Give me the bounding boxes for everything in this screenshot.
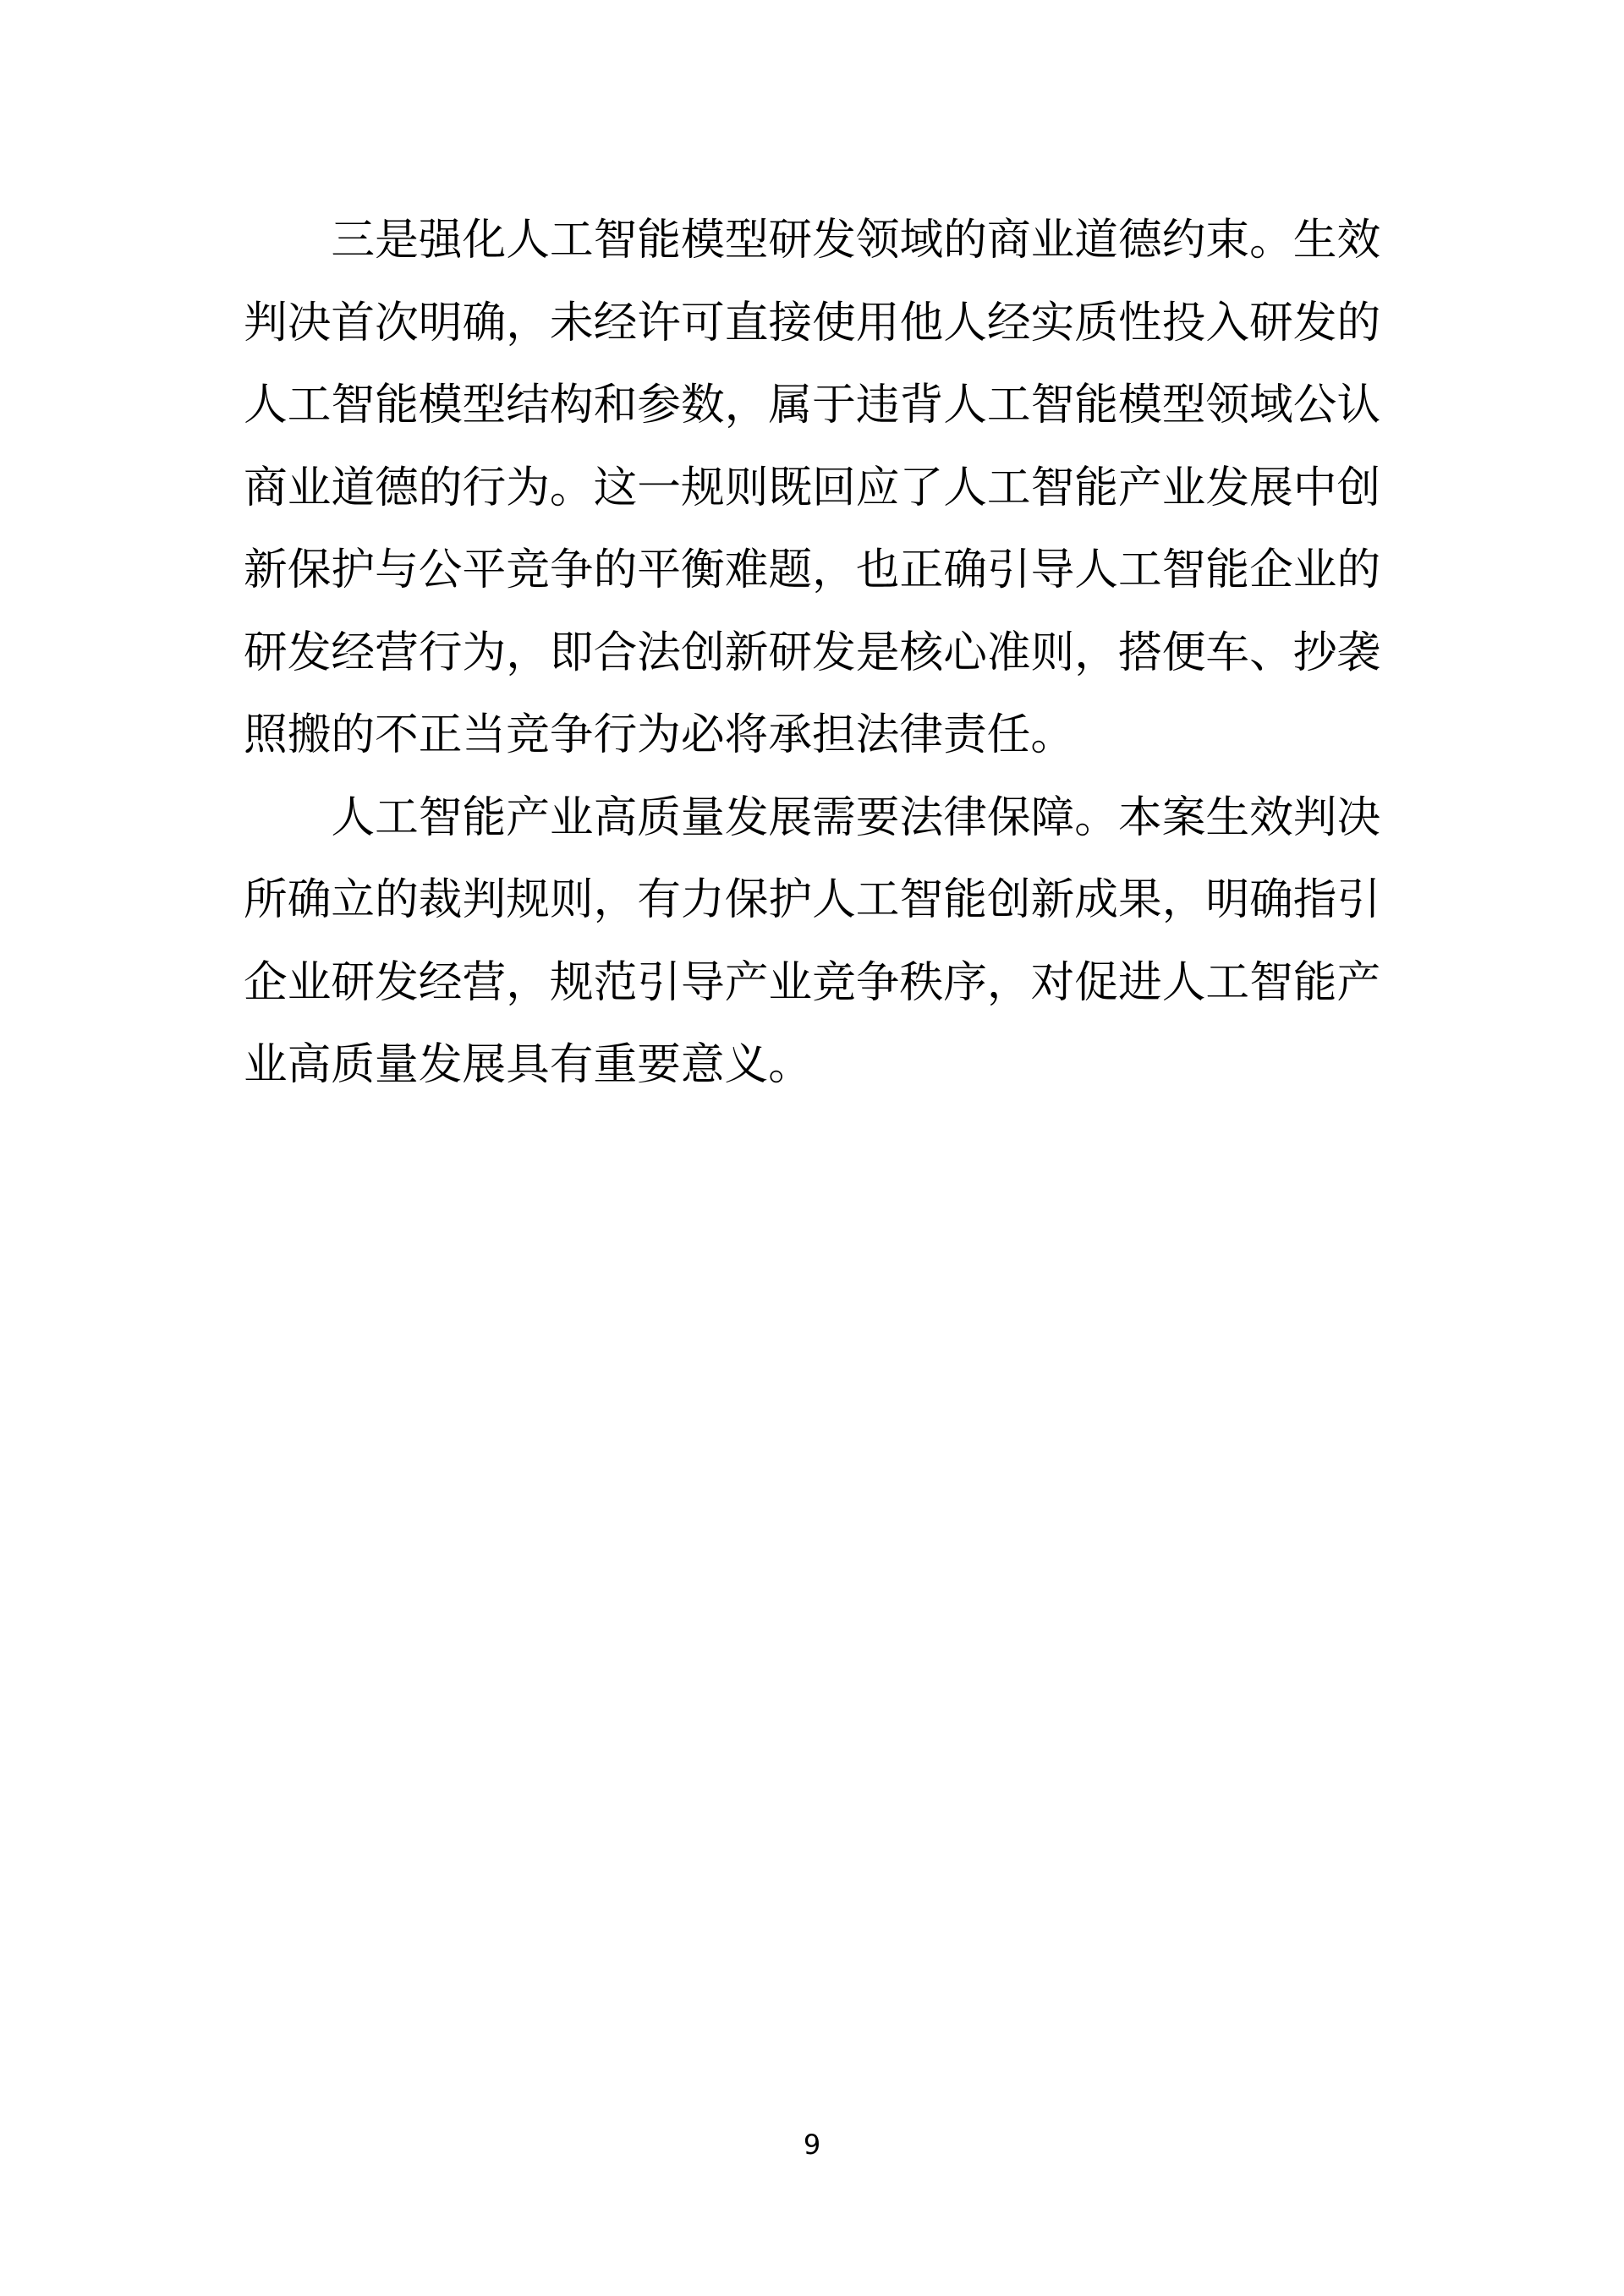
document-page: 三是强化人工智能模型研发领域的商业道德约束。生效判决首次明确，未经许可直接使用他…	[0, 0, 1624, 2296]
paragraph-2: 人工智能产业高质量发展需要法律保障。本案生效判决所确立的裁判规则，有力保护人工智…	[244, 777, 1380, 1107]
document-body: 三是强化人工智能模型研发领域的商业道德约束。生效判决首次明确，未经许可直接使用他…	[244, 200, 1380, 1107]
paragraph-1: 三是强化人工智能模型研发领域的商业道德约束。生效判决首次明确，未经许可直接使用他…	[244, 200, 1380, 777]
page-number: 9	[0, 2129, 1624, 2160]
